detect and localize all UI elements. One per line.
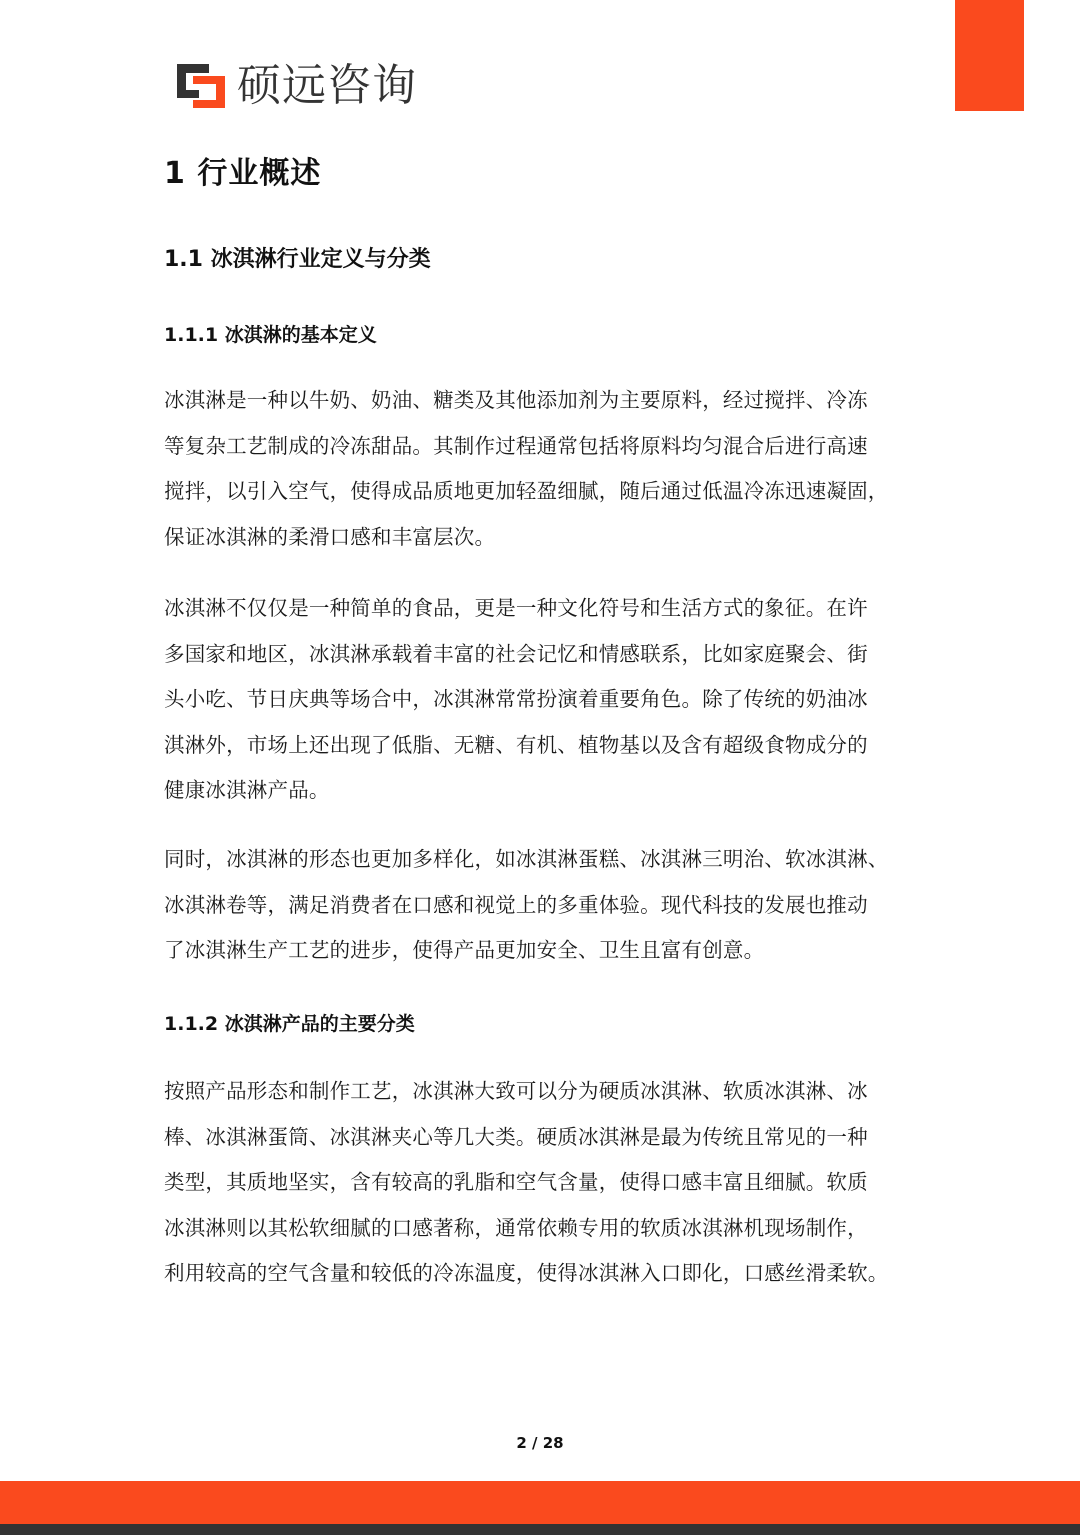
text-line: 冰淇淋不仅仅是一种简单的食品，更是一种文化符号和生活方式的象征。在许 — [164, 586, 924, 632]
footer-dark-band — [0, 1524, 1080, 1535]
brand-logo: 硕远咨询 — [177, 58, 417, 114]
paragraph-culture: 冰淇淋不仅仅是一种简单的食品，更是一种文化符号和生活方式的象征。在许 多国家和地… — [164, 586, 924, 814]
text-line: 利用较高的空气含量和较低的冷冻温度，使得冰淇淋入口即化，口感丝滑柔软。 — [164, 1251, 924, 1297]
text-line: 冰淇淋则以其松软细腻的口感著称，通常依赖专用的软质冰淇淋机现场制作， — [164, 1206, 924, 1252]
section-heading: 1.1 冰淇淋行业定义与分类 — [164, 242, 431, 273]
text-line: 保证冰淇淋的柔滑口感和丰富层次。 — [164, 515, 924, 561]
text-line: 头小吃、节日庆典等场合中，冰淇淋常常扮演着重要角色。除了传统的奶油冰 — [164, 677, 924, 723]
subsection-heading-classification: 1.1.2 冰淇淋产品的主要分类 — [164, 1009, 415, 1036]
text-line: 冰淇淋是一种以牛奶、奶油、糖类及其他添加剂为主要原料，经过搅拌、冷冻 — [164, 378, 924, 424]
subsection-heading-definition: 1.1.1 冰淇淋的基本定义 — [164, 320, 377, 347]
logo-text: 硕远咨询 — [237, 58, 417, 114]
text-line: 棒、冰淇淋蛋筒、冰淇淋夹心等几大类。硬质冰淇淋是最为传统且常见的一种 — [164, 1115, 924, 1161]
text-line: 多国家和地区，冰淇淋承载着丰富的社会记忆和情感联系，比如家庭聚会、街 — [164, 632, 924, 678]
text-line: 淇淋外，市场上还出现了低脂、无糖、有机、植物基以及含有超级食物成分的 — [164, 723, 924, 769]
footer-accent-band — [0, 1481, 1080, 1524]
text-line: 类型，其质地坚实，含有较高的乳脂和空气含量，使得口感丰富且细腻。软质 — [164, 1160, 924, 1206]
paragraph-definition: 冰淇淋是一种以牛奶、奶油、糖类及其他添加剂为主要原料，经过搅拌、冷冻 等复杂工艺… — [164, 378, 924, 560]
text-line: 健康冰淇淋产品。 — [164, 768, 924, 814]
text-line: 同时，冰淇淋的形态也更加多样化，如冰淇淋蛋糕、冰淇淋三明治、软冰淇淋、 — [164, 837, 924, 883]
paragraph-forms: 同时，冰淇淋的形态也更加多样化，如冰淇淋蛋糕、冰淇淋三明治、软冰淇淋、 冰淇淋卷… — [164, 837, 924, 974]
chapter-heading: 1 行业概述 — [164, 148, 321, 192]
text-line: 按照产品形态和制作工艺，冰淇淋大致可以分为硬质冰淇淋、软质冰淇淋、冰 — [164, 1069, 924, 1115]
corner-accent-tab — [955, 0, 1024, 111]
logo-mark-icon — [177, 64, 227, 108]
page-number: 2 / 28 — [0, 1434, 1080, 1452]
text-line: 搅拌，以引入空气，使得成品质地更加轻盈细腻，随后通过低温冷冻迅速凝固， — [164, 469, 924, 515]
text-line: 冰淇淋卷等，满足消费者在口感和视觉上的多重体验。现代科技的发展也推动 — [164, 883, 924, 929]
text-line: 等复杂工艺制成的冷冻甜品。其制作过程通常包括将原料均匀混合后进行高速 — [164, 424, 924, 470]
paragraph-classification: 按照产品形态和制作工艺，冰淇淋大致可以分为硬质冰淇淋、软质冰淇淋、冰 棒、冰淇淋… — [164, 1069, 924, 1297]
text-line: 了冰淇淋生产工艺的进步，使得产品更加安全、卫生且富有创意。 — [164, 928, 924, 974]
